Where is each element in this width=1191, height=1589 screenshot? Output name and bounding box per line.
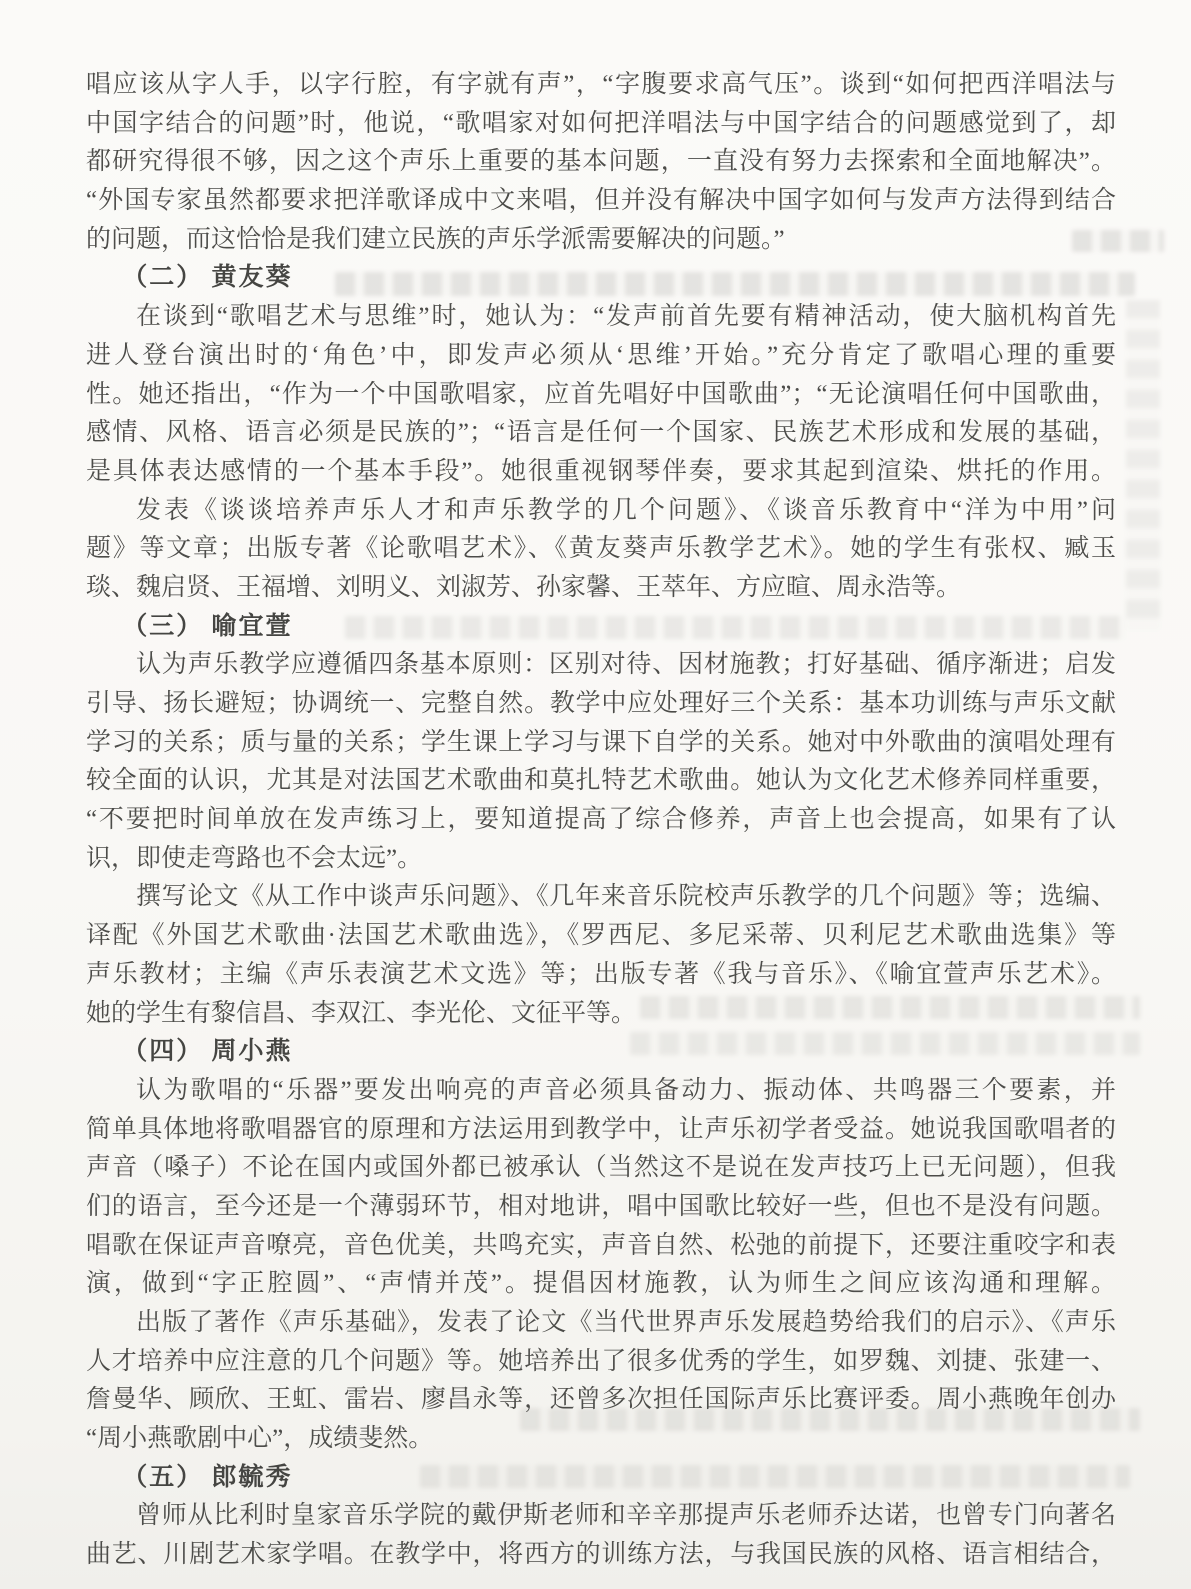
text-line: 出版了著作《声乐基础》，发表了论文《当代世界声乐发展趋势给我们的启示》、《声乐 <box>86 1304 1116 1343</box>
text-line: 学习的关系；质与量的关系；学生课上学习与课下自学的关系。她对中外歌曲的演唱处理有 <box>86 724 1116 763</box>
bleed-through-artifact <box>1126 300 1160 630</box>
text-line: 唱应该从字人手，以字行腔，有字就有声”，“字腹要求高气压”。谈到“如何把西洋唱法… <box>86 66 1116 105</box>
page-text-block: 唱应该从字人手，以字行腔，有字就有声”，“字腹要求高气压”。谈到“如何把西洋唱法… <box>86 66 1116 1575</box>
text-line: 在谈到“歌唱艺术与思维”时，她认为：“发声前首先要有精神活动，使大脑机构首先 <box>86 298 1116 337</box>
text-line: 人才培养中应注意的几个问题》等。她培养出了很多优秀的学生，如罗魏、刘捷、张建一、 <box>86 1343 1116 1382</box>
text-line: 进人登台演出时的‘角色’中，即发声必须从‘思维’开始。”充分肯定了歌唱心理的重要 <box>86 337 1116 376</box>
text-line: 认为声乐教学应遵循四条基本原则：区别对待、因材施教；打好基础、循序渐进；启发 <box>86 646 1116 685</box>
text-line: 演，做到“字正腔圆”、“声情并茂”。提倡因材施教，认为师生之间应该沟通和理解。 <box>86 1265 1116 1304</box>
text-line: 唱歌在保证声音嘹亮，音色优美，共鸣充实，声音自然、松弛的前提下，还要注重咬字和表 <box>86 1227 1116 1266</box>
heading-huang-youkui: （二） 黄友葵 <box>86 259 1116 298</box>
heading-yu-yixuan: （三） 喻宜萱 <box>86 608 1116 647</box>
text-line: 是具体表达感情的一个基本手段”。她很重视钢琴伴奏，要求其起到渲染、烘托的作用。 <box>86 453 1116 492</box>
text-line: 曲艺、川剧艺术家学唱。在教学中，将西方的训练方法，与我国民族的风格、语言相结合， <box>86 1536 1116 1575</box>
text-line: 识，即使走弯路也不会太远”。 <box>86 840 1116 879</box>
text-line: 较全面的认识，尤其是对法国艺术歌曲和莫扎特艺术歌曲。她认为文化艺术修养同样重要， <box>86 762 1116 801</box>
text-line: 琰、魏启贤、王福增、刘明义、刘淑芳、孙家馨、王萃年、方应暄、周永浩等。 <box>86 569 1116 608</box>
heading-lang-yuxiu: （五） 郎毓秀 <box>86 1459 1116 1498</box>
text-line: 声音（嗓子）不论在国内或国外都已被承认（当然这不是说在发声技巧上已无问题），但我 <box>86 1149 1116 1188</box>
text-line: 发表《谈谈培养声乐人才和声乐教学的几个问题》、《谈音乐教育中“洋为中用”问 <box>86 492 1116 531</box>
text-line: 性。她还指出，“作为一个中国歌唱家，应首先唱好中国歌曲”；“无论演唱任何中国歌曲… <box>86 376 1116 415</box>
heading-zhou-xiaoyan: （四） 周小燕 <box>86 1033 1116 1072</box>
text-line: “外国专家虽然都要求把洋歌译成中文来唱，但并没有解决中国字如何与发声方法得到结合 <box>86 182 1116 221</box>
text-line: 们的语言，至今还是一个薄弱环节，相对地讲，唱中国歌比较好一些，但也不是没有问题。 <box>86 1188 1116 1227</box>
text-line: 撰写论文《从工作中谈声乐问题》、《几年来音乐院校声乐教学的几个问题》等；选编、 <box>86 878 1116 917</box>
text-line: 都研究得很不够，因之这个声乐上重要的基本问题，一直没有努力去探索和全面地解决”。 <box>86 143 1116 182</box>
text-line: 声乐教材；主编《声乐表演艺术文选》等；出版专著《我与音乐》、《喻宜萱声乐艺术》。 <box>86 956 1116 995</box>
text-line: 引导、扬长避短；协调统一、完整自然。教学中应处理好三个关系：基本功训练与声乐文献 <box>86 685 1116 724</box>
scanned-book-page: 唱应该从字人手，以字行腔，有字就有声”，“字腹要求高气压”。谈到“如何把西洋唱法… <box>0 0 1191 1589</box>
text-line: 题》等文章；出版专著《论歌唱艺术》、《黄友葵声乐教学艺术》。她的学生有张权、臧玉 <box>86 530 1116 569</box>
text-line: 简单具体地将歌唱器官的原理和方法运用到教学中，让声乐初学者受益。她说我国歌唱者的 <box>86 1111 1116 1150</box>
text-line: 她的学生有黎信昌、李双江、李光伦、文征平等。 <box>86 995 1116 1034</box>
text-line: 译配《外国艺术歌曲·法国艺术歌曲选》，《罗西尼、多尼采蒂、贝利尼艺术歌曲选集》等 <box>86 917 1116 956</box>
text-line: “不要把时间单放在发声练习上，要知道提高了综合修养，声音上也会提高，如果有了认 <box>86 801 1116 840</box>
text-line: 的问题，而这恰恰是我们建立民族的声乐学派需要解决的问题。” <box>86 221 1116 260</box>
text-line: 感情、风格、语言必须是民族的”；“语言是任何一个国家、民族艺术形成和发展的基础， <box>86 414 1116 453</box>
text-line: 中国字结合的问题”时，他说，“歌唱家对如何把洋唱法与中国字结合的问题感觉到了，却 <box>86 105 1116 144</box>
text-line: 詹曼华、顾欣、王虹、雷岩、廖昌永等，还曾多次担任国际声乐比赛评委。周小燕晚年创办 <box>86 1381 1116 1420</box>
text-line: 曾师从比利时皇家音乐学院的戴伊斯老师和辛辛那提声乐老师乔达诺，也曾专门向著名 <box>86 1497 1116 1536</box>
text-line: 认为歌唱的“乐器”要发出响亮的声音必须具备动力、振动体、共鸣器三个要素，并 <box>86 1072 1116 1111</box>
text-line: “周小燕歌剧中心”，成绩斐然。 <box>86 1420 1116 1459</box>
